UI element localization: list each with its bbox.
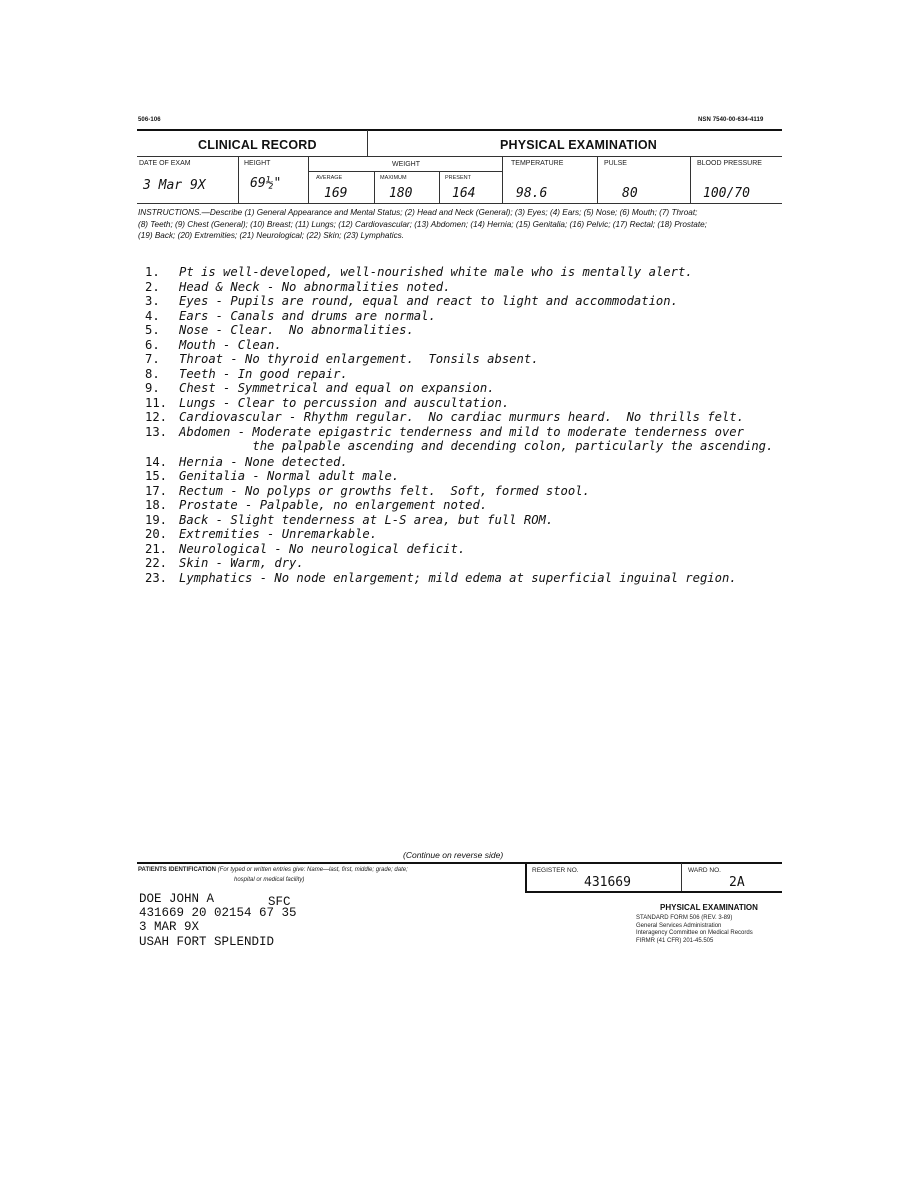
finding-item: 1.Pt is well-developed, well-nourished w… [145,265,693,280]
finding-text: Eyes - Pupils are round, equal and react… [179,294,678,308]
finding-text: Lungs - Clear to percussion and ausculta… [179,396,509,410]
patient-exam-date: 3 MAR 9X [139,920,199,935]
finding-item: 17.Rectum - No polyps or growths felt. S… [145,484,590,499]
finding-number: 12. [145,410,179,425]
height-label: HEIGHT [244,160,270,167]
finding-text: Cardiovascular - Rhythm regular. No card… [179,410,744,424]
finding-item: 13.Abdomen - Moderate epigastric tendern… [145,425,744,440]
clinical-record-title: CLINICAL RECORD [198,138,317,152]
finding-item: 22.Skin - Warm, dry. [145,556,304,571]
form-info-line: FIRMR (41 CFR) 201-45.505 [636,938,753,946]
register-ward-divider [681,863,682,892]
table-top-border [137,129,782,131]
col-divider-weight [308,156,309,203]
finding-number: 19. [145,513,179,528]
col-divider-height [238,156,239,203]
finding-text: Lymphatics - No node enlargement; mild e… [179,571,737,585]
weight-average-label: AVERAGE [316,175,342,181]
register-no-value: 431669 [584,875,631,890]
col-divider-bp [690,156,691,203]
col-divider-temperature [502,156,503,203]
patient-name: DOE JOHN A [139,892,214,907]
ward-no-label: WARD NO. [688,867,721,874]
finding-number: 20. [145,527,179,542]
finding-text: Head & Neck - No abnormalities noted. [179,280,451,294]
finding-number: 2. [145,280,179,295]
finding-item: 19.Back - Slight tenderness at L-S area,… [145,513,553,528]
register-box-left-border [525,863,527,892]
form-info-line: STANDARD FORM 506 (REV. 3-89) [636,915,753,923]
form-info-line: General Services Administration [636,923,753,931]
finding-number: 7. [145,352,179,367]
finding-number: 17. [145,484,179,499]
finding-number: 3. [145,294,179,309]
date-of-exam-value: 3 Mar 9X [143,178,206,193]
instructions-line-3: (19) Back; (20) Extremities; (21) Neurol… [138,230,788,242]
title-divider [367,130,368,156]
form-info: STANDARD FORM 506 (REV. 3-89) General Se… [636,915,753,945]
finding-item: 12.Cardiovascular - Rhythm regular. No c… [145,410,744,425]
finding-item: 11.Lungs - Clear to percussion and auscu… [145,396,509,411]
finding-item-continuation: the palpable ascending and decending col… [145,439,773,454]
patient-id-label: PATIENTS IDENTIFICATION [138,867,216,873]
finding-text: Prostate - Palpable, no enlargement note… [179,498,487,512]
finding-text: Hernia - None detected. [179,455,348,469]
finding-text: Chest - Symmetrical and equal on expansi… [179,381,495,395]
weight-present-label: PRESENT [445,175,471,181]
finding-text: the palpable ascending and decending col… [179,439,773,453]
register-box-bottom-border [525,891,782,893]
temperature-value: 98.6 [516,186,547,201]
patient-id-hint-2: hospital or medical facility) [234,877,304,883]
physical-exam-title: PHYSICAL EXAMINATION [500,138,657,152]
weight-maximum-value: 180 [389,186,412,201]
ward-no-value: 2A [729,875,745,890]
finding-text: Neurological - No neurological deficit. [179,542,465,556]
finding-number: 23. [145,571,179,586]
finding-text: Abdomen - Moderate epigastric tenderness… [179,425,744,439]
weight-maximum-label: MAXIMUM [380,175,407,181]
pulse-label: PULSE [604,160,627,167]
height-value: 69½" [250,176,281,191]
form-code: 506-106 [138,117,161,123]
finding-item: 15.Genitalia - Normal adult male. [145,469,399,484]
weight-subdivider [308,171,502,172]
finding-item: 7.Throat - No thyroid enlargement. Tonsi… [145,352,539,367]
finding-item: 2.Head & Neck - No abnormalities noted. [145,280,451,295]
continue-note: (Continue on reverse side) [403,850,503,860]
register-no-label: REGISTER NO. [532,867,579,874]
finding-number: 5. [145,323,179,338]
finding-item: 6.Mouth - Clean. [145,338,282,353]
finding-text: Mouth - Clean. [179,338,282,352]
finding-text: Extremities - Unremarkable. [179,527,377,541]
finding-item: 9.Chest - Symmetrical and equal on expan… [145,381,495,396]
table-bottom-border [137,203,782,204]
col-divider-pulse [597,156,598,203]
finding-item: 4.Ears - Canals and drums are normal. [145,309,436,324]
finding-number: 21. [145,542,179,557]
finding-item: 18.Prostate - Palpable, no enlargement n… [145,498,487,513]
finding-item: 5.Nose - Clear. No abnormalities. [145,323,414,338]
col-divider-maximum [374,171,375,203]
weight-present-value: 164 [452,186,475,201]
finding-text: Skin - Warm, dry. [179,556,304,570]
patient-id-line: 431669 20 02154 67 35 [139,906,297,921]
instructions: INSTRUCTIONS.—Describe (1) General Appea… [138,207,788,242]
weight-average-value: 169 [324,186,347,201]
finding-number: 8. [145,367,179,382]
weight-label: WEIGHT [392,161,420,168]
date-of-exam-label: DATE OF EXAM [139,160,191,167]
finding-number: 1. [145,265,179,280]
finding-number: 11. [145,396,179,411]
footer-top-border [137,862,782,864]
finding-number: 14. [145,455,179,470]
patient-id-hint-1: (For typed or written entries give: Name… [218,867,408,873]
finding-text: Pt is well-developed, well-nourished whi… [179,265,693,279]
instructions-line-1: INSTRUCTIONS.—Describe (1) General Appea… [138,207,788,219]
pulse-value: 80 [622,186,638,201]
finding-number: 15. [145,469,179,484]
finding-item: 3.Eyes - Pupils are round, equal and rea… [145,294,678,309]
finding-item: 20.Extremities - Unremarkable. [145,527,377,542]
col-divider-present [439,171,440,203]
finding-item: 23.Lymphatics - No node enlargement; mil… [145,571,737,586]
finding-text: Nose - Clear. No abnormalities. [179,323,414,337]
finding-text: Back - Slight tenderness at L-S area, bu… [179,513,553,527]
patient-id-label-block: PATIENTS IDENTIFICATION (For typed or wr… [138,867,408,873]
form-info-line: Interagency Committee on Medical Records [636,930,753,938]
finding-item: 14.Hernia - None detected. [145,455,348,470]
finding-number: 13. [145,425,179,440]
finding-number: 18. [145,498,179,513]
nsn-number: NSN 7540-00-634-4119 [698,117,763,123]
finding-item: 21.Neurological - No neurological defici… [145,542,465,557]
finding-item: 8.Teeth - In good repair. [145,367,348,382]
finding-text: Teeth - In good repair. [179,367,348,381]
blood-pressure-value: 100/70 [703,186,750,201]
finding-number: 4. [145,309,179,324]
finding-number: 9. [145,381,179,396]
finding-number: 6. [145,338,179,353]
finding-text: Genitalia - Normal adult male. [179,469,399,483]
form-title: PHYSICAL EXAMINATION [660,903,758,912]
finding-number: 22. [145,556,179,571]
temperature-label: TEMPERATURE [511,160,563,167]
title-row-divider [137,156,782,157]
patient-facility: USAH FORT SPLENDID [139,935,274,950]
finding-text: Ears - Canals and drums are normal. [179,309,436,323]
instructions-line-2: (8) Teeth; (9) Chest (General); (10) Bre… [138,219,788,231]
finding-text: Throat - No thyroid enlargement. Tonsils… [179,352,539,366]
finding-text: Rectum - No polyps or growths felt. Soft… [179,484,590,498]
blood-pressure-label: BLOOD PRESSURE [697,160,762,167]
